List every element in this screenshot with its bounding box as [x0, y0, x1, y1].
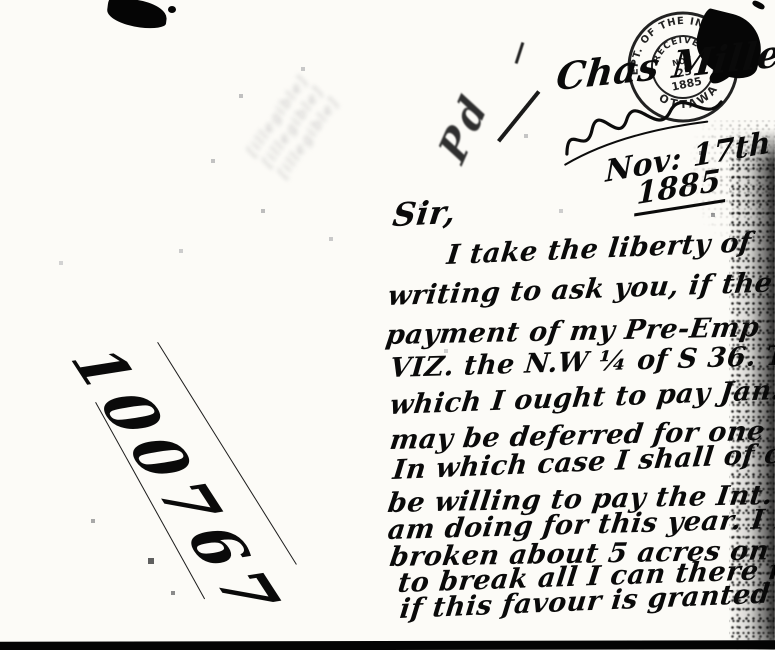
ghost-scribble-note: [illegible] [illegible] [illegible]: [192, 0, 394, 253]
docket-file-number: 100767: [55, 338, 300, 630]
ghost-scribble-line: [illegible]: [208, 10, 378, 242]
scan-noise-band: [729, 128, 775, 650]
ink-blot-dot: [168, 6, 176, 13]
dust-specks: [0, 0, 2, 2]
letter-line: writing to ask you, if the: [386, 267, 774, 312]
pencil-tick-stroke: [515, 42, 525, 64]
scan-edge-mark: [751, 0, 765, 11]
scan-edge-bar: [0, 640, 775, 650]
pencil-mark: Pd: [430, 84, 498, 171]
salutation: Sir,: [391, 193, 459, 235]
ink-blot: [106, 0, 169, 31]
pencil-slash-stroke: [497, 90, 540, 142]
scanned-letter-page: [illegible] [illegible] [illegible] Pd 1…: [0, 0, 775, 650]
